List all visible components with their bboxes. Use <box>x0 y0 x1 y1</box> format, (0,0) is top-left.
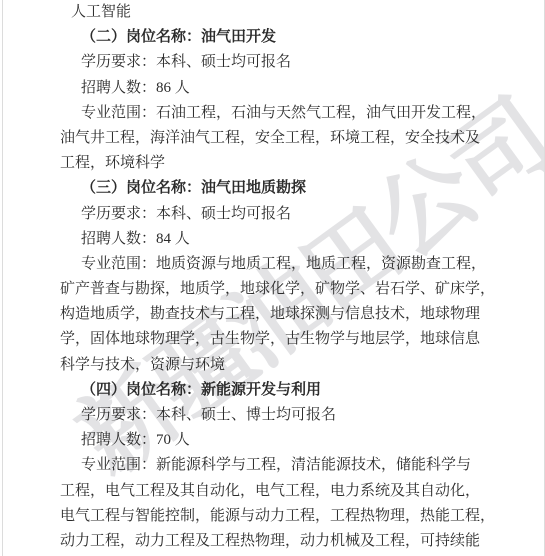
section-title-line: （三）岗位名称：油气田地质勘探 <box>60 176 482 201</box>
body-text-line: 矿产普查与勘探，地质学，地球化学，矿物学、岩石学、矿床学， <box>60 277 482 302</box>
body-text-line: 动力工程，动力工程及工程热物理，动力机械及工程，可持续能 <box>60 529 482 554</box>
body-text-line: 工程，电气工程及其自动化，电气工程，电力系统及其自动化， <box>60 479 482 504</box>
body-text-line: 科学与技术，资源与环境 <box>60 353 482 378</box>
body-text-line: 工程，环境科学 <box>60 151 482 176</box>
body-text-line: 专业范围：地质资源与地质工程，地质工程，资源勘查工程， <box>60 252 482 277</box>
body-text-line: 人工智能 <box>60 0 482 25</box>
document-content: 人工智能 （二）岗位名称：油气田开发 学历要求：本科、硕士均可报名 招聘人数：8… <box>60 0 482 554</box>
body-text-line: 学历要求：本科、硕士、博士均可报名 <box>60 403 482 428</box>
body-text-line: 专业范围：新能源科学与工程，清洁能源技术，储能科学与 <box>60 453 482 478</box>
section-title-line: （四）岗位名称：新能源开发与利用 <box>60 378 482 403</box>
body-text-line: 油气井工程，海洋油气工程，安全工程，环境工程，安全技术及 <box>60 126 482 151</box>
body-text-line: 学，固体地球物理学，古生物学，古生物学与地层学，地球信息 <box>60 327 482 352</box>
section-title-line: （二）岗位名称：油气田开发 <box>60 25 482 50</box>
body-text-line: 学历要求：本科、硕士均可报名 <box>60 202 482 227</box>
body-text-line: 构造地质学，勘查技术与工程，地球探测与信息技术，地球物理 <box>60 302 482 327</box>
body-text-line: 招聘人数：70 人 <box>60 428 482 453</box>
body-text-line: 电气工程与智能控制，能源与动力工程，工程热物理，热能工程， <box>60 504 482 529</box>
body-text-line: 专业范围：石油工程，石油与天然气工程，油气田开发工程， <box>60 101 482 126</box>
body-text-line: 招聘人数：86 人 <box>60 76 482 101</box>
document-page: 新疆油田公司 人工智能 （二）岗位名称：油气田开发 学历要求：本科、硕士均可报名… <box>2 0 545 556</box>
body-text-line: 学历要求：本科、硕士均可报名 <box>60 50 482 75</box>
body-text-line: 招聘人数：84 人 <box>60 227 482 252</box>
